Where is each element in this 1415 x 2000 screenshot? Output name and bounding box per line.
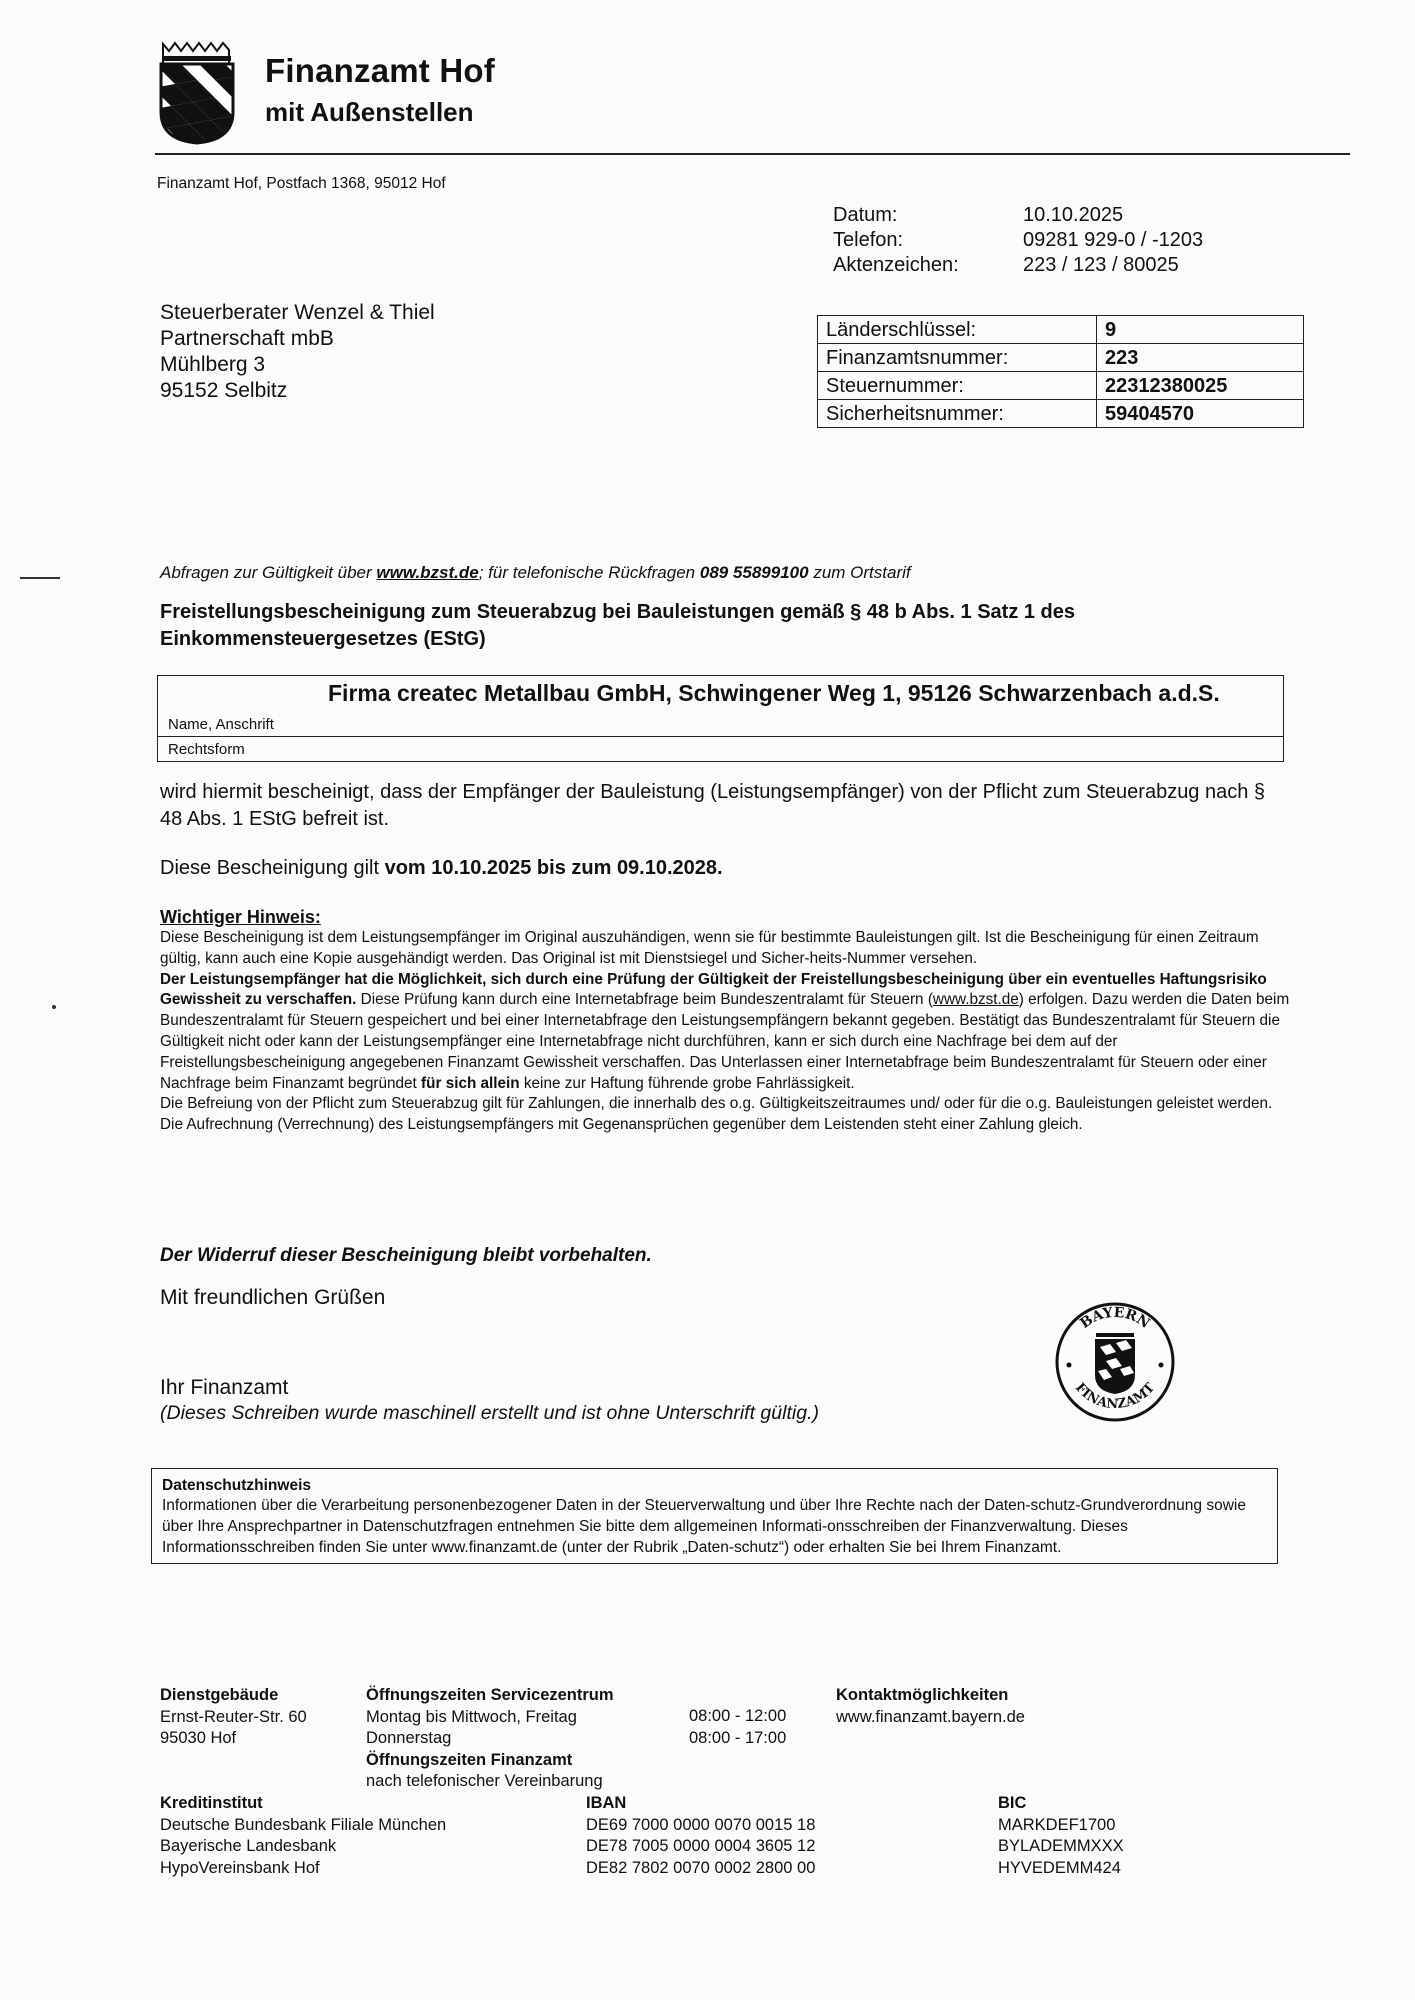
tax-number-label: Steuernummer: (818, 372, 1097, 400)
footer-banks: Kreditinstitut Deutsche Bundesbank Filia… (160, 1793, 446, 1879)
contractor-box: Name, Anschrift Firma createc Metallbau … (157, 675, 1284, 762)
legal-form-label: Rechtsform (168, 741, 245, 758)
state-key-label: Länderschlüssel: (818, 316, 1097, 344)
notice-paragraph-3: Die Befreiung von der Pflicht zum Steuer… (160, 1094, 1290, 1136)
footer-ibans: IBAN DE69 7000 0000 0070 0015 18 DE78 70… (586, 1793, 815, 1879)
tax-id-table: Länderschlüssel:9 Finanzamtsnummer:223 S… (817, 315, 1304, 428)
recipient-line: Mühlberg 3 (160, 352, 435, 378)
tax-office-number-label: Finanzamtsnummer: (818, 344, 1097, 372)
certification-text: wird hiermit bescheinigt, dass der Empfä… (160, 779, 1290, 833)
service-hours-title: Öffnungszeiten Servicezentrum (366, 1686, 614, 1704)
contact-website: www.finanzamt.bayern.de (836, 1707, 1025, 1729)
table-row: Steuernummer:22312380025 (818, 372, 1304, 400)
notice-title: Wichtiger Hinweis: (160, 907, 321, 928)
bzst-link-inline[interactable]: www.bzst.de (933, 991, 1019, 1008)
validity-query-line: Abfragen zur Gültigkeit über www.bzst.de… (160, 563, 911, 583)
footer-service-times: 08:00 - 12:00 08:00 - 17:00 (689, 1706, 786, 1749)
privacy-notice-box: Datenschutzhinweis Informationen über di… (151, 1468, 1278, 1564)
iban-header: IBAN (586, 1794, 626, 1812)
building-title: Dienstgebäude (160, 1686, 278, 1704)
tax-office-number-value: 223 (1097, 344, 1304, 372)
notice-paragraph-2: Der Leistungsempfänger hat die Möglichke… (160, 970, 1290, 1095)
table-row: Sicherheitsnummer:59404570 (818, 400, 1304, 428)
document-heading: Freistellungsbescheinigung zum Steuerabz… (160, 599, 1290, 653)
signoff: Ihr Finanzamt (160, 1376, 288, 1400)
office-hours-title: Öffnungszeiten Finanzamt (366, 1751, 572, 1769)
letter-meta: Datum:10.10.2025 Telefon:09281 929-0 / -… (833, 203, 1203, 278)
name-address-label: Name, Anschrift (168, 716, 274, 733)
contractor-name-address: Firma createc Metallbau GmbH, Schwingene… (328, 678, 1278, 708)
machine-generated-note: (Dieses Schreiben wurde maschinell erste… (160, 1402, 819, 1425)
bzst-link[interactable]: www.bzst.de (376, 563, 478, 582)
date-label: Datum: (833, 203, 1023, 228)
security-number-value: 59404570 (1097, 400, 1304, 428)
contact-title: Kontaktmöglichkeiten (836, 1686, 1008, 1704)
header-divider (155, 153, 1350, 155)
recipient-address: Steuerberater Wenzel & Thiel Partnerscha… (160, 300, 435, 404)
security-number-label: Sicherheitsnummer: (818, 400, 1097, 428)
table-row: Finanzamtsnummer:223 (818, 344, 1304, 372)
recipient-line: Steuerberater Wenzel & Thiel (160, 300, 435, 326)
phone-label: Telefon: (833, 228, 1023, 253)
footer-bics: BIC MARKDEF1700 BYLADEMMXXX HYVEDEMM424 (998, 1793, 1124, 1879)
hotline-number: 089 55899100 (700, 563, 809, 582)
official-seal-icon: BAYERN FINANZAMT (1050, 1297, 1180, 1427)
file-number-label: Aktenzeichen: (833, 253, 1023, 278)
table-row: Länderschlüssel:9 (818, 316, 1304, 344)
tax-number-value: 22312380025 (1097, 372, 1304, 400)
return-address: Finanzamt Hof, Postfach 1368, 95012 Hof (157, 175, 446, 193)
authority-subtitle: mit Außenstellen (265, 97, 474, 128)
phone-value: 09281 929-0 / -1203 (1023, 228, 1203, 253)
privacy-notice-text: Informationen über die Verarbeitung pers… (162, 1495, 1267, 1558)
footer-building: Dienstgebäude Ernst-Reuter-Str. 60 95030… (160, 1685, 307, 1750)
privacy-notice-title: Datenschutzhinweis (162, 1477, 1267, 1495)
revocation-note: Der Widerruf dieser Bescheinigung bleibt… (160, 1245, 652, 1267)
footer-service-hours: Öffnungszeiten Servicezentrum Montag bis… (366, 1685, 614, 1793)
date-value: 10.10.2025 (1023, 203, 1123, 228)
recipient-line: 95152 Selbitz (160, 378, 435, 404)
footer-contact: Kontaktmöglichkeiten www.finanzamt.bayer… (836, 1685, 1025, 1728)
recipient-line: Partnerschaft mbB (160, 326, 435, 352)
closing-greeting: Mit freundlichen Grüßen (160, 1286, 385, 1310)
file-number-value: 223 / 123 / 80025 (1023, 253, 1179, 278)
validity-period: Diese Bescheinigung gilt vom 10.10.2025 … (160, 857, 723, 880)
bic-header: BIC (998, 1794, 1026, 1812)
notice-body: Diese Bescheinigung ist dem Leistungsemp… (160, 928, 1290, 1136)
validity-range: vom 10.10.2025 bis zum 09.10.2028. (385, 857, 723, 879)
bank-header: Kreditinstitut (160, 1794, 263, 1812)
bavarian-crest-icon (157, 40, 237, 145)
scan-speck (52, 1005, 56, 1009)
authority-name: Finanzamt Hof (265, 52, 495, 90)
fold-mark (20, 577, 60, 579)
state-key-value: 9 (1097, 316, 1304, 344)
notice-paragraph-1: Diese Bescheinigung ist dem Leistungsemp… (160, 928, 1290, 970)
